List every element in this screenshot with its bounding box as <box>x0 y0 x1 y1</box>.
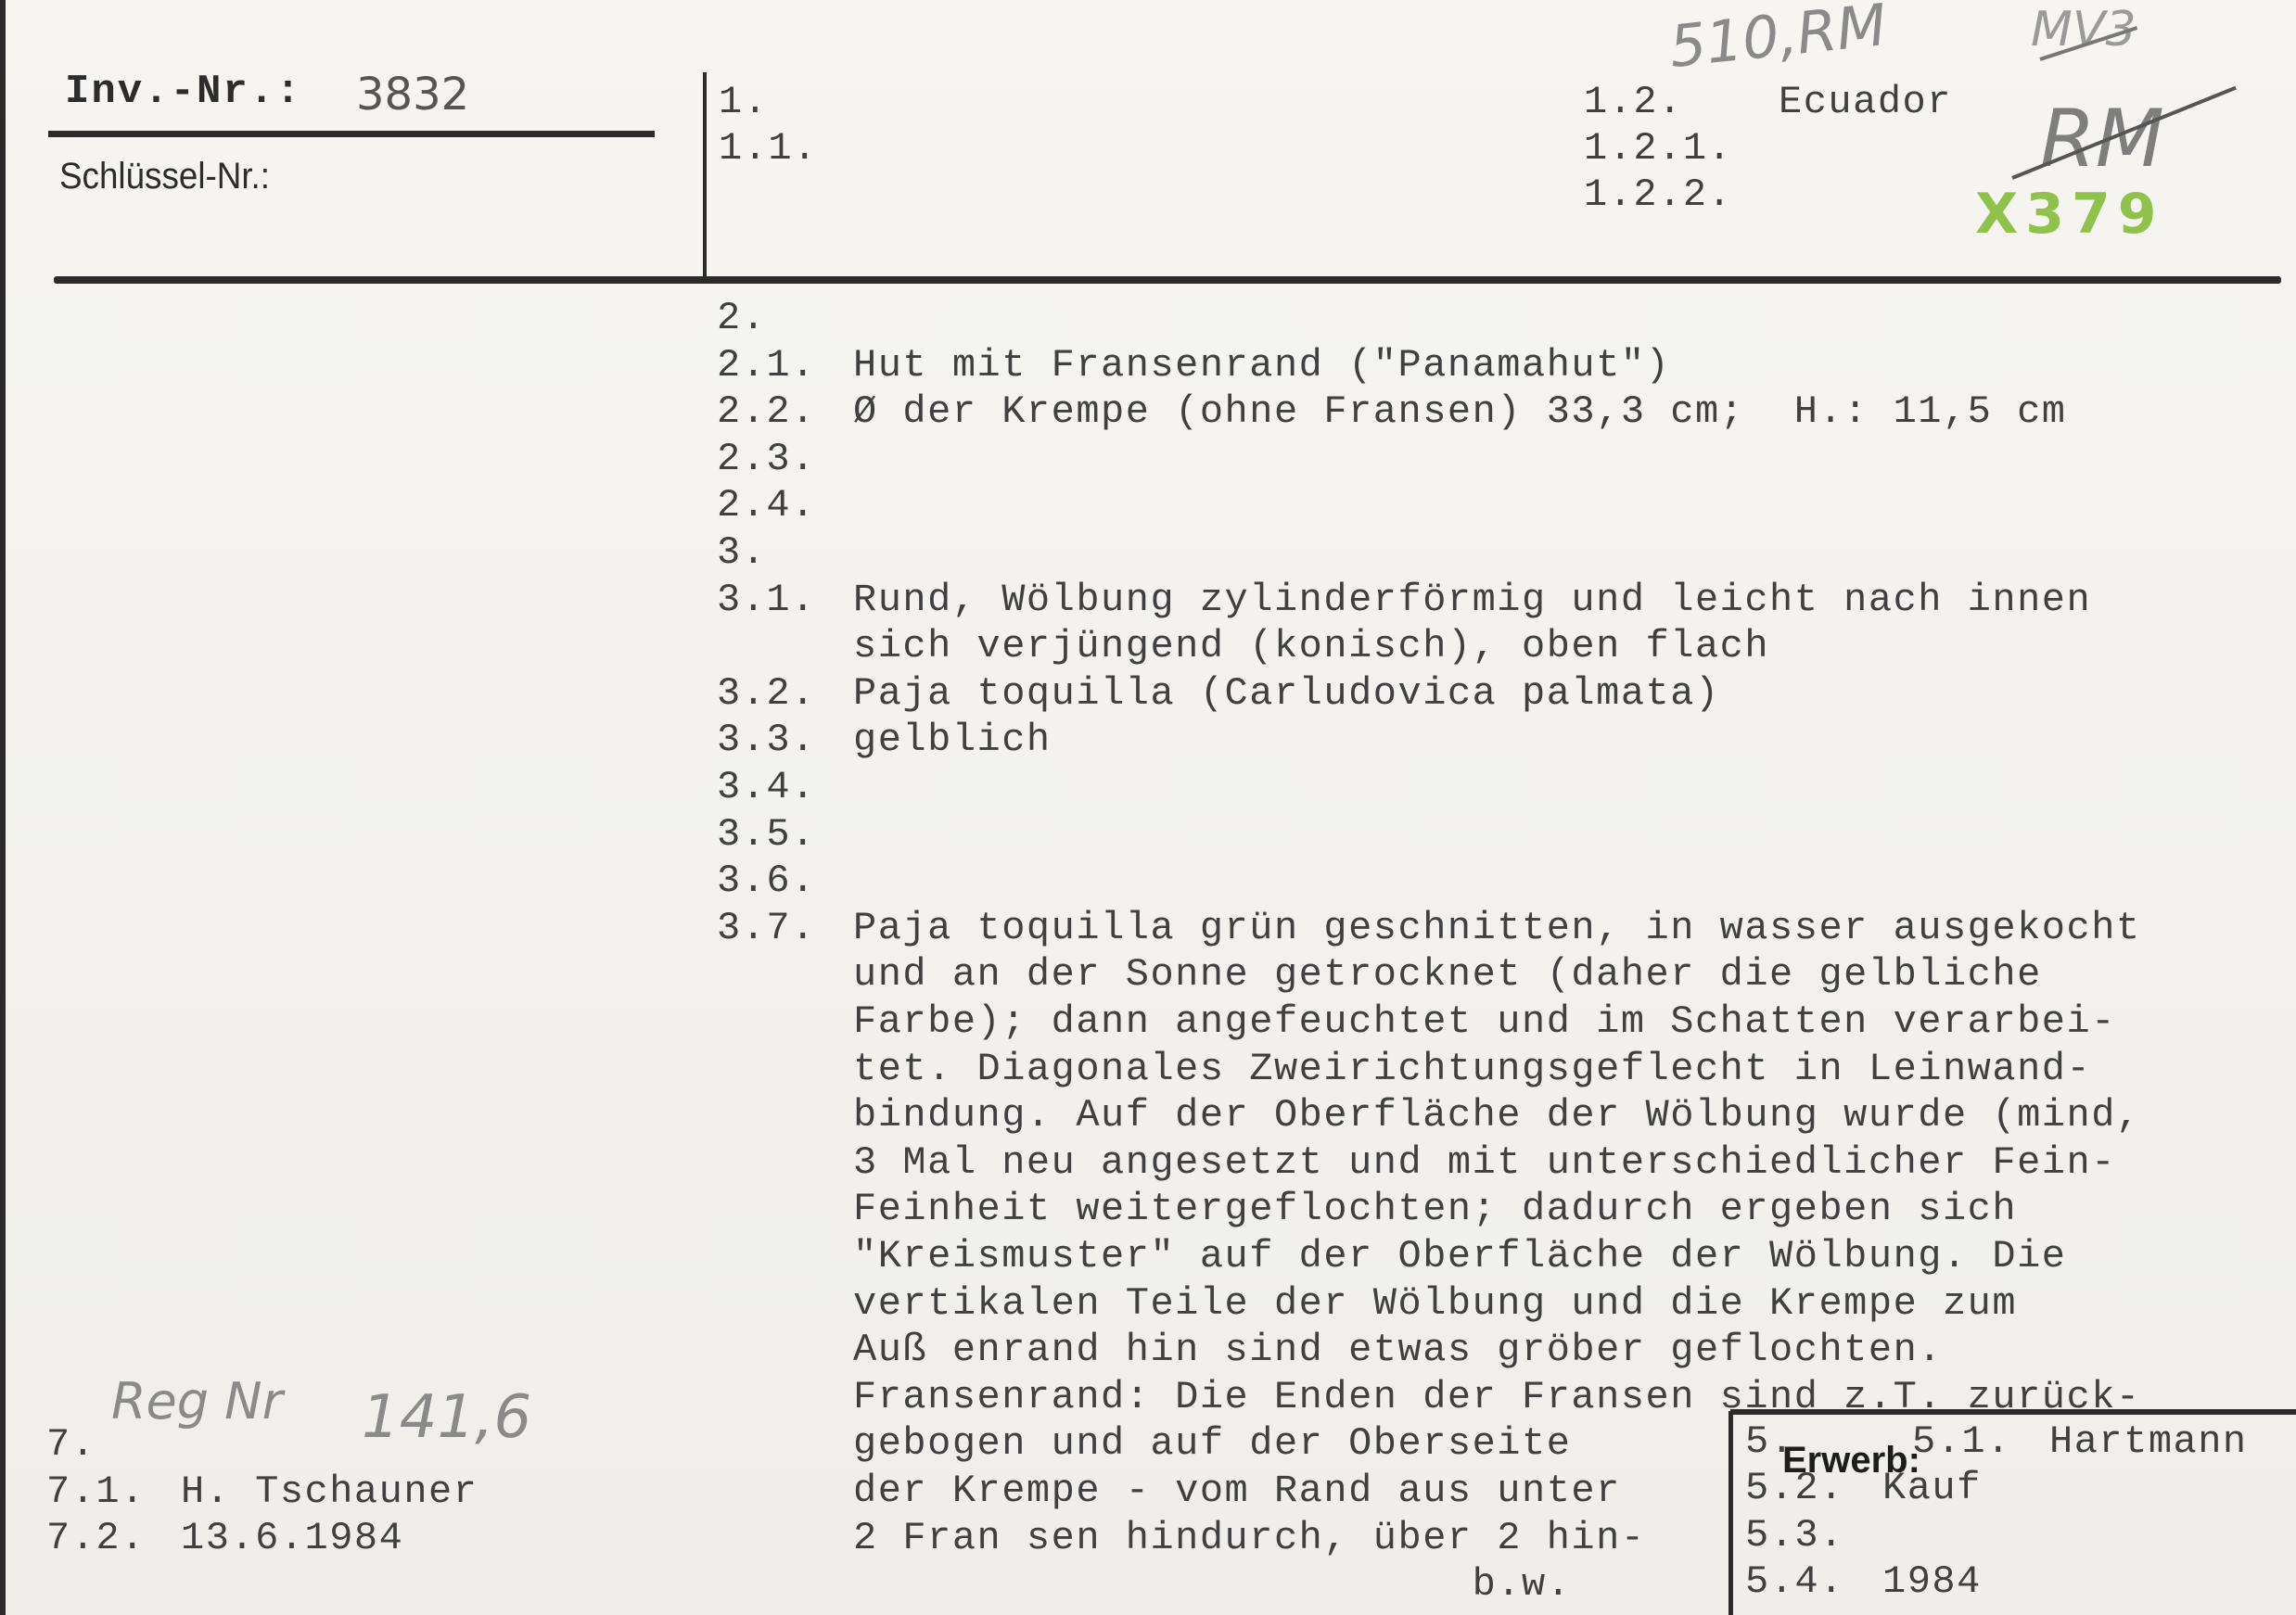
field-1: 1. <box>719 79 768 125</box>
field-number: 3.7. <box>717 905 816 951</box>
field-number: 3.6. <box>717 858 816 904</box>
handwritten-reg-number: 141,6 <box>362 1383 531 1452</box>
field-number: 2. <box>717 295 766 341</box>
field-text: bindung. Auf der Oberfläche der Wölbung … <box>853 1092 2141 1138</box>
section5-text: Kauf <box>1882 1465 1982 1511</box>
field-number: 3.2. <box>717 670 816 717</box>
field-text: "Kreismuster" auf der Oberfläche der Wöl… <box>853 1233 2067 1279</box>
handwritten-reg-label: Reg Nr <box>111 1372 283 1431</box>
inv-number-label: Inv.-Nr.: <box>65 69 302 115</box>
section5-number: 5.2. <box>1745 1465 1844 1511</box>
field-number: 3.3. <box>717 717 816 763</box>
handwritten-location-code: 510,RM <box>1666 0 1890 81</box>
section5-number: 5.3. <box>1745 1512 1844 1558</box>
card-edge <box>0 0 6 1615</box>
field-text: gebogen und auf der Oberseite <box>853 1420 1571 1467</box>
field-text: und an der Sonne getrocknet (daher die g… <box>853 951 2042 998</box>
section7-number: 7. <box>46 1421 96 1468</box>
section5-number: 5. <box>1745 1418 1794 1465</box>
section5-number: 5.1. <box>1912 1418 2011 1465</box>
section7-number: 7.1. <box>46 1469 146 1515</box>
field-text: b.w. <box>853 1561 1571 1608</box>
field-text: Hut mit Fransenrand ("Panamahut") <box>853 342 1670 388</box>
field-text: Farbe); dann angefeuchtet und im Schatte… <box>853 998 2116 1045</box>
field-number: 3.4. <box>717 764 816 810</box>
field-text: der Krempe - vom Rand aus unter <box>853 1468 1621 1514</box>
section5-text: Hartmann <box>2049 1418 2248 1465</box>
green-note: X379 <box>1975 182 2164 247</box>
catalog-card: Inv.-Nr.: 3832 Schlüssel-Nr.: 1. 1.1. 1.… <box>0 0 2296 1615</box>
field-1-2-value: Ecuador <box>1779 79 1952 125</box>
field-1-2-2: 1.2.2. <box>1584 172 1732 218</box>
field-number: 2.2. <box>717 388 816 435</box>
field-number: 3. <box>717 529 766 576</box>
acquisition-box-left <box>1728 1411 1733 1615</box>
field-text: vertikalen Teile der Wölbung und die Kre… <box>853 1280 2017 1327</box>
field-number: 2.1. <box>717 342 816 388</box>
field-number: 3.1. <box>717 577 816 623</box>
inv-number-value: 3832 <box>356 69 469 121</box>
field-number: 2.3. <box>717 436 816 482</box>
field-text: gelblich <box>853 717 1052 763</box>
field-text: Ø der Krempe (ohne Fransen) 33,3 cm; H.:… <box>853 388 2067 435</box>
inv-underline <box>48 131 655 137</box>
section7-text: H. Tschauner <box>181 1469 478 1515</box>
field-text: Paja toquilla (Carludovica palmata) <box>853 670 1720 717</box>
field-1-2: 1.2. <box>1584 79 1683 125</box>
section7-number: 7.2. <box>46 1515 146 1561</box>
field-1-2-1: 1.2.1. <box>1584 125 1732 172</box>
section7-text: 13.6.1984 <box>181 1515 403 1561</box>
header-rule <box>54 276 2281 284</box>
field-number: 3.5. <box>717 811 816 858</box>
field-1-1: 1.1. <box>719 125 818 172</box>
field-text: Feinheit weitergeflochten; dadurch ergeb… <box>853 1186 2017 1232</box>
section5-text: 1984 <box>1882 1558 1982 1605</box>
acquisition-box-top <box>1730 1409 2296 1415</box>
header-divider <box>703 72 707 284</box>
field-text: tet. Diagonales Zweirichtungsgeflecht in… <box>853 1046 2091 1092</box>
field-text: Rund, Wölbung zylinderförmig und leicht … <box>853 577 2091 623</box>
section5-number: 5.4. <box>1745 1558 1844 1605</box>
field-text: Auß enrand hin sind etwas gröber gefloch… <box>853 1327 1943 1373</box>
key-number-label: Schlüssel-Nr.: <box>59 156 270 197</box>
field-text: 3 Mal neu angesetzt und mit unterschiedl… <box>853 1139 2116 1186</box>
handwritten-struck-code: MV3 <box>2031 2 2137 57</box>
field-text: Paja toquilla grün geschnitten, in wasse… <box>853 905 2141 951</box>
field-text: 2 Fran sen hindurch, über 2 hin- <box>853 1515 1646 1561</box>
field-text: sich verjüngend (konisch), oben flach <box>853 623 1769 669</box>
field-number: 2.4. <box>717 482 816 528</box>
